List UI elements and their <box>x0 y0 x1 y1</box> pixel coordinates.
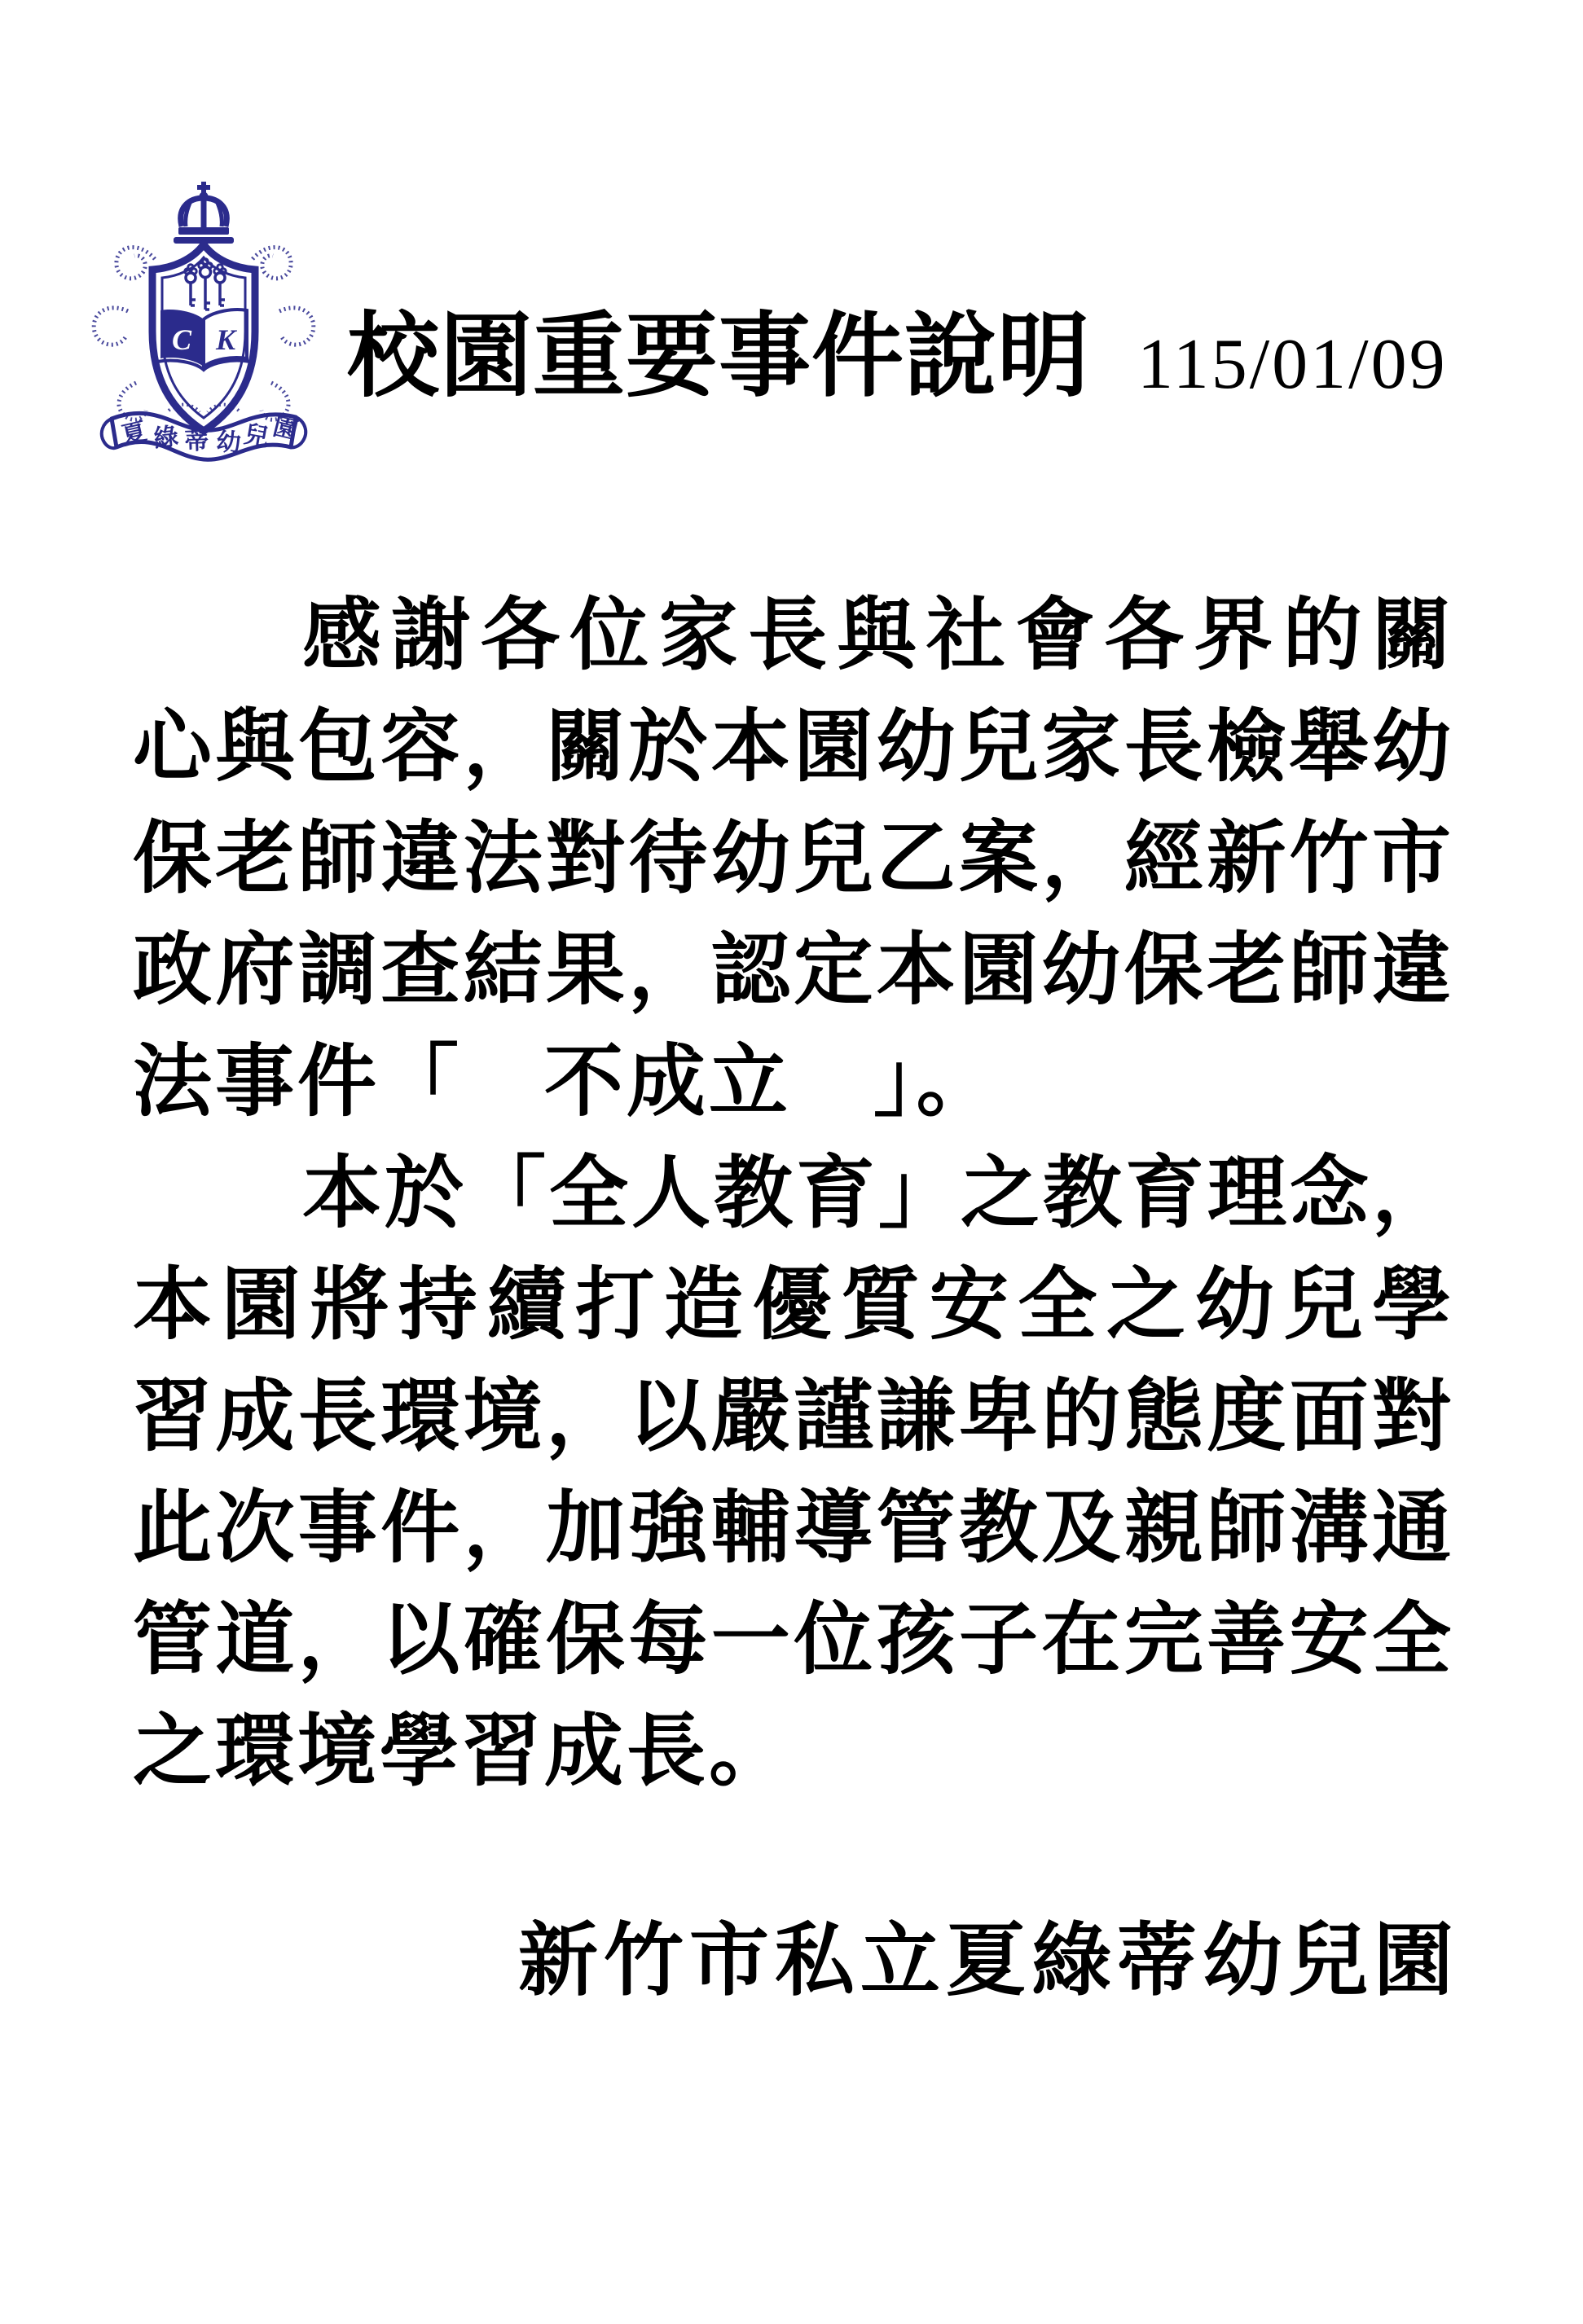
body-text: 感謝各位家長與社會各界的關心與包容，關於本園幼兒家長檢舉幼保老師違法對待幼兒乙案… <box>133 580 1454 1808</box>
banner-char: 蒂 <box>184 427 209 455</box>
document-date: 115/01/09 <box>1137 323 1448 406</box>
body-line: 保老師違法對待幼兒乙案，經新竹市 <box>133 803 1454 915</box>
body-line: 法事件「 不成立 」。 <box>133 1026 1454 1138</box>
open-book-icon: C K <box>157 310 250 370</box>
body-line: 心與包容，關於本園幼兒家長檢舉幼 <box>133 692 1454 803</box>
school-crest-icon: C K 夏 綠 蒂 幼 兒 園 <box>77 181 330 466</box>
signature: 新竹市私立夏綠蒂幼兒園 <box>518 1913 1459 2010</box>
document-header: 校園重要事件說明 115/01/09 <box>347 310 1448 406</box>
body-line: 感謝各位家長與社會各界的關 <box>133 580 1454 692</box>
book-letter-right: K <box>215 323 238 356</box>
banner-char: 幼 <box>216 428 242 457</box>
body-line: 之環境學習成長。 <box>133 1696 1454 1808</box>
body-line: 習成長環境，以嚴謹謙卑的態度面對 <box>133 1361 1454 1473</box>
body-line: 本園將持續打造優質安全之幼兒學 <box>133 1250 1454 1361</box>
banner-char: 綠 <box>152 423 180 452</box>
school-logo: C K 夏 綠 蒂 幼 兒 園 <box>77 181 330 466</box>
banner-char: 夏 <box>120 418 150 450</box>
book-letter-left: C <box>172 323 192 356</box>
crown-icon <box>174 182 234 244</box>
banner-char: 兒 <box>242 420 270 452</box>
document-page: C K 夏 綠 蒂 幼 兒 園 校園重要事件說明 115/01/09 <box>0 0 1583 2324</box>
banner-ribbon: 夏 綠 蒂 幼 兒 園 <box>102 413 306 459</box>
keys-icon <box>185 259 226 310</box>
banner-char: 園 <box>270 413 301 445</box>
body-line: 此次事件，加強輔導管教及親師溝通 <box>133 1473 1454 1584</box>
body-line: 本於「全人教育」之教育理念， <box>133 1138 1454 1250</box>
page-title: 校園重要事件說明 <box>347 310 1090 406</box>
banner-text: 夏 綠 蒂 幼 兒 園 <box>120 413 301 457</box>
body-line: 政府調查結果，認定本園幼保老師違 <box>133 915 1454 1026</box>
body-line: 管道，以確保每一位孩子在完善安全 <box>133 1584 1454 1696</box>
